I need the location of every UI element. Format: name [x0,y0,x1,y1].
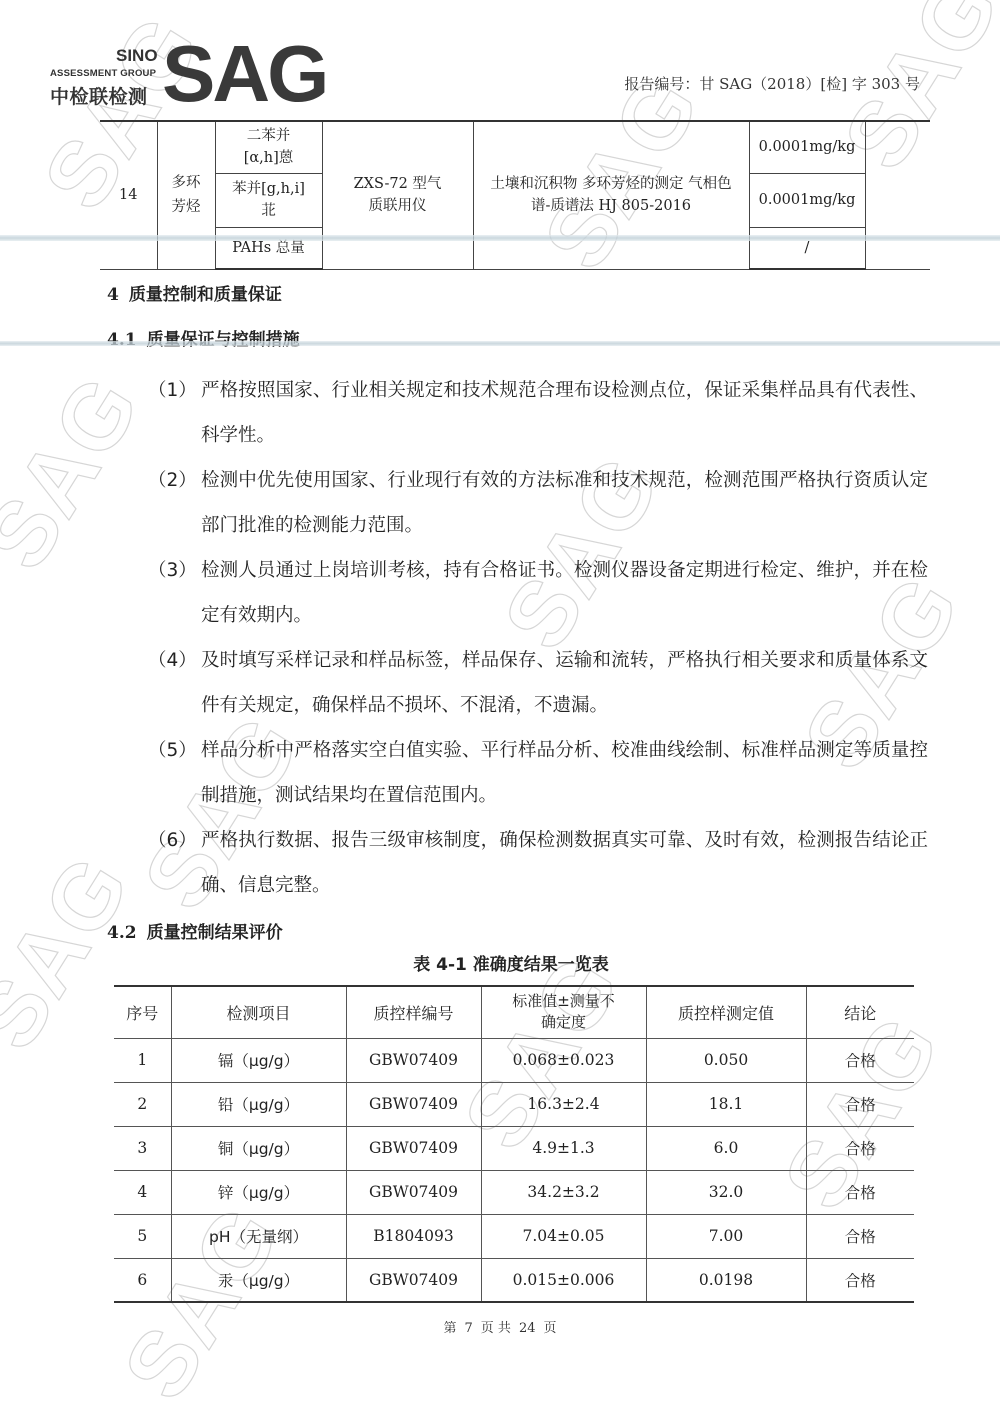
logo-chinese: 中检联检测 [50,82,148,109]
cell-conclusion: 合格 [806,1170,914,1214]
cell-sample-id: GBW07409 [346,1258,481,1302]
section-heading: 4质量控制和质量保证 [107,280,282,305]
list-item: （1） 严格按照国家、行业相关规定和技术规范合理布设检测点位，保证采集样品具有代… [148,368,928,458]
measures-list: （1） 严格按照国家、行业相关规定和技术规范合理布设检测点位，保证采集样品具有代… [148,368,928,908]
cell-measured: 32.0 [646,1170,806,1214]
subsection-heading: 4.2质量控制结果评价 [107,918,283,943]
table-row: 2 铅（μg/g） GBW07409 16.3±2.4 18.1 合格 [114,1082,914,1126]
column-header: 结论 [806,986,914,1038]
subsection-heading: 4.1质量保证与控制措施 [107,325,300,350]
cell-item: pH（无量纲） [171,1214,346,1258]
table-caption: 表 4-1 准确度结果一览表 [0,950,1000,975]
cell-no: 1 [114,1038,171,1082]
cell-sample-id: GBW07409 [346,1170,481,1214]
cell-sample-id: GBW07409 [346,1082,481,1126]
logo-group: ASSESSMENT GROUP [50,68,156,79]
cell-no: 2 [114,1082,171,1126]
company-logo: SINO ASSESSMENT GROUP 中检联检测 SAG [50,44,320,110]
cell-item: 镉（μg/g） [171,1038,346,1082]
list-item: （4） 及时填写采样记录和样品标签，样品保存、运输和流转，严格执行相关要求和质量… [148,638,928,728]
row-number: 14 [100,121,157,269]
list-item: （2） 检测中优先使用国家、行业现行有效的方法标准和技术规范，检测范围严格执行资… [148,458,928,548]
limit-cell: 0.0001mg/kg [749,173,865,227]
category-cell: 多环芳烃 [157,121,215,269]
column-header: 序号 [114,986,171,1038]
cell-standard: 4.9±1.3 [481,1126,646,1170]
cell-item: 铅（μg/g） [171,1082,346,1126]
page-footer: 第7页 共24页 [0,1317,1000,1336]
list-item: （6） 严格执行数据、报告三级审核制度，确保检测数据真实可靠、及时有效，检测报告… [148,818,928,908]
cell-standard: 16.3±2.4 [481,1082,646,1126]
cell-no: 4 [114,1170,171,1214]
column-header: 检测项目 [171,986,346,1038]
cell-item: 锌（μg/g） [171,1170,346,1214]
cell-standard: 34.2±3.2 [481,1170,646,1214]
logo-mark: SAG [162,34,326,114]
watermark: SAG [0,358,162,588]
blank-cell [865,121,930,269]
cell-measured: 7.00 [646,1214,806,1258]
cell-conclusion: 合格 [806,1082,914,1126]
cell-no: 3 [114,1126,171,1170]
instrument-cell: ZXS-72 型气质联用仪 [322,121,473,269]
table-row: 5 pH（无量纲） B1804093 7.04±0.05 7.00 合格 [114,1214,914,1258]
scan-artifact [0,235,1000,241]
cell-item: 铜（μg/g） [171,1126,346,1170]
item-cell: PAHs 总量 [215,227,322,269]
method-cell: 土壤和沉积物 多环芳烃的测定 气相色谱-质谱法 HJ 805-2016 [473,121,749,269]
cell-sample-id: B1804093 [346,1214,481,1258]
column-header: 质控样编号 [346,986,481,1038]
list-item: （5） 样品分析中严格落实空白值实验、平行样品分析、校准曲线绘制、标准样品测定等… [148,728,928,818]
cell-measured: 0.050 [646,1038,806,1082]
logo-sino: SINO [116,46,158,66]
table-row: 14 多环芳烃 二苯并[α,h]蒽 ZXS-72 型气质联用仪 土壤和沉积物 多… [100,121,930,173]
cell-measured: 18.1 [646,1082,806,1126]
limit-cell: 0.0001mg/kg [749,121,865,173]
limit-cell: / [749,227,865,269]
cell-measured: 6.0 [646,1126,806,1170]
cell-measured: 0.0198 [646,1258,806,1302]
cell-standard: 0.068±0.023 [481,1038,646,1082]
table-row: 1 镉（μg/g） GBW07409 0.068±0.023 0.050 合格 [114,1038,914,1082]
method-table: 14 多环芳烃 二苯并[α,h]蒽 ZXS-72 型气质联用仪 土壤和沉积物 多… [100,120,930,270]
scan-artifact [0,341,1000,346]
page-number: 7 [465,1321,473,1336]
cell-sample-id: GBW07409 [346,1038,481,1082]
cell-sample-id: GBW07409 [346,1126,481,1170]
report-number: 报告编号：甘 SAG（2018）[检] 字 303 号 [624,73,920,94]
cell-item: 汞（μg/g） [171,1258,346,1302]
table-header-row: 序号 检测项目 质控样编号 标准值±测量不确定度 质控样测定值 结论 [114,986,914,1038]
page-total: 24 [519,1321,536,1336]
table-row: 3 铜（μg/g） GBW07409 4.9±1.3 6.0 合格 [114,1126,914,1170]
accuracy-table: 序号 检测项目 质控样编号 标准值±测量不确定度 质控样测定值 结论 1 镉（μ… [114,985,914,1303]
cell-no: 6 [114,1258,171,1302]
item-cell: 苯并[g,h,i]苝 [215,173,322,227]
cell-standard: 7.04±0.05 [481,1214,646,1258]
cell-conclusion: 合格 [806,1126,914,1170]
column-header: 质控样测定值 [646,986,806,1038]
cell-standard: 0.015±0.006 [481,1258,646,1302]
list-item: （3） 检测人员通过上岗培训考核，持有合格证书。检测仪器设备定期进行检定、维护，… [148,548,928,638]
table-row: 6 汞（μg/g） GBW07409 0.015±0.006 0.0198 合格 [114,1258,914,1302]
cell-conclusion: 合格 [806,1038,914,1082]
cell-conclusion: 合格 [806,1258,914,1302]
table-row: 4 锌（μg/g） GBW07409 34.2±3.2 32.0 合格 [114,1170,914,1214]
item-cell: 二苯并[α,h]蒽 [215,121,322,173]
column-header: 标准值±测量不确定度 [481,986,646,1038]
cell-conclusion: 合格 [806,1214,914,1258]
cell-no: 5 [114,1214,171,1258]
